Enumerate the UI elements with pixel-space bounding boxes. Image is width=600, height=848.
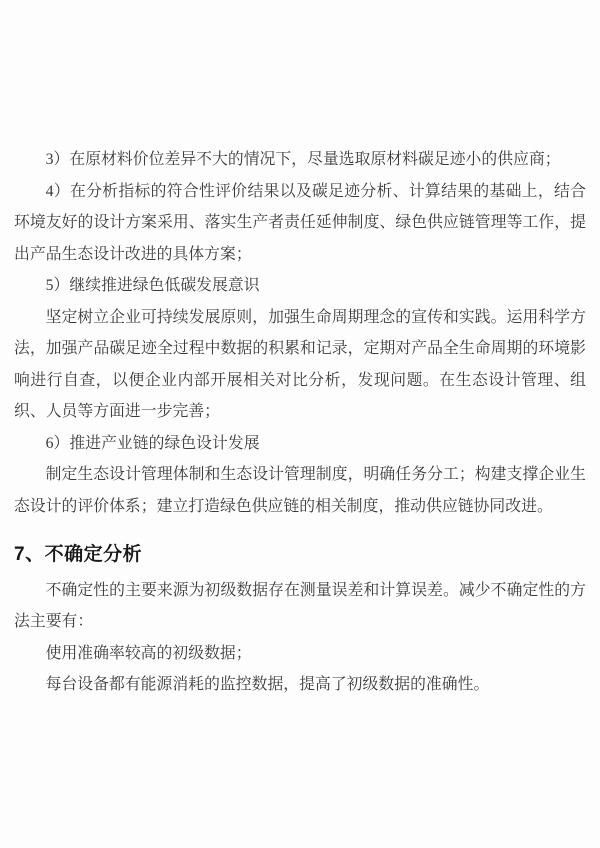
paragraph: 坚定树立企业可持续发展原则，加强生命周期理念的宣传和实践。运用科学方法，加强产品…: [14, 302, 586, 428]
paragraph: 不确定性的主要来源为初级数据存在测量误差和计算误差。减少不确定性的方法主要有：: [14, 575, 586, 638]
paragraph: 每台设备都有能源消耗的监控数据，提高了初级数据的准确性。: [14, 669, 586, 701]
numbered-item-6: 6）推进产业链的绿色设计发展: [14, 428, 586, 460]
paragraph: 制定生态设计管理体制和生态设计管理制度，明确任务分工；构建支撑企业生态设计的评价…: [14, 459, 586, 522]
numbered-item-4: 4）在分析指标的符合性评价结果以及碳足迹分析、计算结果的基础上，结合环境友好的设…: [14, 176, 586, 271]
numbered-item-3: 3）在原材料价位差异不大的情况下，尽量选取原材料碳足迹小的供应商；: [14, 144, 586, 176]
document-page: 3）在原材料价位差异不大的情况下，尽量选取原材料碳足迹小的供应商； 4）在分析指…: [0, 0, 600, 848]
paragraph: 使用准确率较高的初级数据；: [14, 638, 586, 670]
document-body: 3）在原材料价位差异不大的情况下，尽量选取原材料碳足迹小的供应商； 4）在分析指…: [14, 144, 586, 701]
numbered-item-5: 5）继续推进绿色低碳发展意识: [14, 270, 586, 302]
section-heading-7: 7、不确定分析: [14, 539, 586, 571]
